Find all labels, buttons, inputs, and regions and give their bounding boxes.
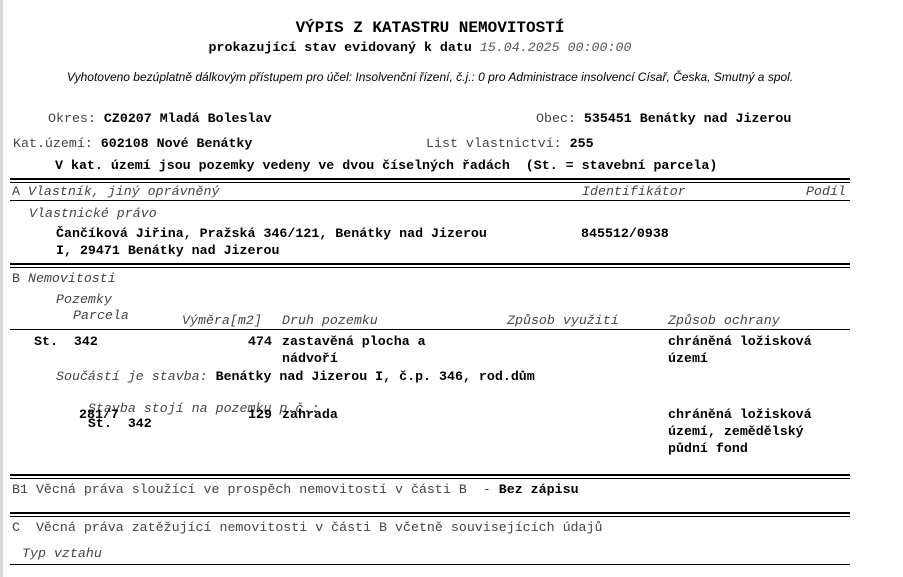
section-b-title: Nemovitosti bbox=[28, 271, 116, 286]
druh-value-cont: nádvoří bbox=[282, 351, 338, 366]
col-identifikator: Identifikátor bbox=[582, 184, 686, 199]
obec-value: 535451 Benátky nad Jizerou bbox=[584, 111, 791, 126]
section-a-letter: A bbox=[12, 184, 20, 199]
soucasti-label: Součástí je stavba: bbox=[56, 369, 208, 384]
owner-identifier: 845512/0938 bbox=[581, 226, 669, 241]
col-parcela: Parcela bbox=[73, 308, 129, 323]
col-vymera: Výměra[m2] bbox=[182, 313, 262, 328]
katuzemi-row: Kat.území: 602108 Nové Benátky bbox=[13, 136, 252, 151]
col-druh: Druh pozemku bbox=[282, 313, 378, 328]
list-row: List vlastnictví: 255 bbox=[426, 136, 594, 151]
section-b1-header: B1 Věcná práva sloužící ve prospěch nemo… bbox=[12, 482, 579, 497]
ochrana-value-cont: území bbox=[668, 351, 708, 366]
divider bbox=[10, 182, 850, 183]
col-ochrana: Způsob ochrany bbox=[668, 313, 780, 328]
parcela-value: St. 342 bbox=[34, 334, 98, 349]
document-title: VÝPIS Z KATASTRU NEMOVITOSTÍ bbox=[0, 19, 860, 37]
subtitle-label: prokazující stav evidovaný k datu bbox=[209, 40, 472, 55]
divider bbox=[10, 564, 850, 565]
parcela-value: 281/7 bbox=[79, 407, 119, 422]
col-vyuziti: Způsob využití bbox=[507, 313, 619, 328]
ochrana-value-cont: území, zemědělský bbox=[668, 424, 804, 439]
ochrana-value-cont: půdní fond bbox=[668, 441, 748, 456]
owner-line-1: Čančíková Jiřina, Pražská 346/121, Benát… bbox=[56, 226, 487, 241]
katuzemi-value: 602108 Nové Benátky bbox=[101, 136, 253, 151]
section-c-title: C Věcná práva zatěžující nemovitosti v č… bbox=[12, 520, 602, 535]
divider bbox=[10, 474, 850, 476]
group-pozemky: Pozemky bbox=[56, 292, 112, 307]
okres-label: Okres: bbox=[48, 111, 96, 126]
list-label: List vlastnictví: bbox=[426, 136, 562, 151]
col-podil: Podíl bbox=[806, 184, 846, 199]
divider bbox=[10, 478, 850, 479]
okres-value: CZ0207 Mladá Boleslav bbox=[104, 111, 272, 126]
divider bbox=[10, 200, 850, 201]
owner-line-2: I, 29471 Benátky nad Jizerou bbox=[56, 243, 279, 258]
vymera-value: 474 bbox=[200, 334, 272, 349]
section-b1-title: B1 Věcná práva sloužící ve prospěch nemo… bbox=[12, 482, 467, 497]
obec-label: Obec: bbox=[536, 111, 576, 126]
subtitle-date: 15.04.2025 00:00:00 bbox=[480, 40, 632, 55]
divider bbox=[10, 263, 850, 265]
druh-value: zahrada bbox=[282, 407, 338, 422]
ochrana-value: chráněná ložisková bbox=[668, 334, 812, 349]
divider bbox=[10, 512, 850, 514]
right-type: Vlastnické právo bbox=[29, 206, 157, 221]
page-left-border bbox=[0, 0, 3, 577]
divider bbox=[10, 516, 850, 517]
section-b-letter: B bbox=[12, 271, 20, 286]
divider bbox=[10, 178, 850, 180]
section-b-header: B Nemovitosti bbox=[12, 271, 116, 286]
divider bbox=[10, 329, 850, 330]
druh-value: zastavěná plocha a bbox=[282, 334, 426, 349]
section-b1-value: Bez zápisu bbox=[499, 482, 579, 497]
list-value: 255 bbox=[570, 136, 594, 151]
soucasti-row: Součástí je stavba: Benátky nad Jizerou … bbox=[56, 369, 535, 384]
section-b1-dash: - bbox=[483, 482, 491, 497]
soucasti-value: Benátky nad Jizerou I, č.p. 346, rod.dům bbox=[216, 369, 535, 384]
ochrana-value: chráněná ložisková bbox=[668, 407, 812, 422]
vymera-value: 129 bbox=[200, 407, 272, 422]
obec-row: Obec: 535451 Benátky nad Jizerou bbox=[536, 111, 791, 126]
col-typ-vztahu: Typ vztahu bbox=[22, 546, 102, 561]
parcel-series-notice: V kat. území jsou pozemky vedeny ve dvou… bbox=[55, 158, 717, 173]
katuzemi-label: Kat.území: bbox=[13, 136, 93, 151]
document-subtitle: prokazující stav evidovaný k datu 15.04.… bbox=[0, 40, 840, 55]
okres-row: Okres: CZ0207 Mladá Boleslav bbox=[48, 111, 271, 126]
section-a-header: A Vlastník, jiný oprávněný bbox=[12, 184, 219, 199]
purpose-note: Vyhotoveno bezúplatně dálkovým přístupem… bbox=[40, 70, 820, 85]
divider bbox=[10, 267, 850, 268]
section-a-title: Vlastník, jiný oprávněný bbox=[28, 184, 220, 199]
